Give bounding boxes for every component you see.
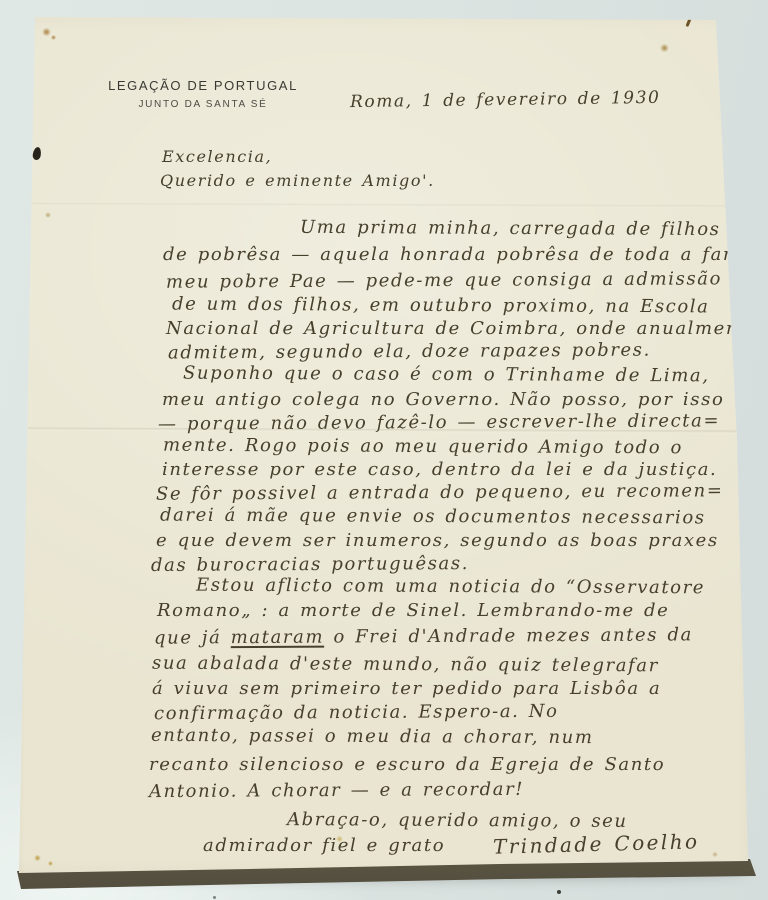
body-line-post: o Frei d'Andrade mezes antes da [324, 624, 693, 647]
body-line: mente. Rogo pois ao meu querido Amigo to… [163, 435, 683, 460]
foxing-spot [42, 28, 51, 36]
foxing-spot [712, 852, 718, 857]
fold-crease [28, 203, 740, 208]
body-line: Nacional de Agricultura de Coimbra, onde… [166, 318, 760, 340]
body-line: Estou aflicto com uma noticia do “Osserv… [196, 575, 705, 600]
body-line: Suponho que o caso é com o Trinhame de L… [183, 363, 710, 388]
body-line: e que devem ser inumeros, segundo as boa… [156, 530, 719, 552]
body-line-pre: que já [154, 627, 231, 648]
body-line: á viuva sem primeiro ter pedido para Lis… [152, 678, 661, 700]
salutation-line-2: Querido e eminente Amigo'. [160, 171, 435, 190]
foxing-spot [34, 855, 41, 861]
closing-line: Abraça-o, querido amigo, o seu [287, 809, 628, 833]
foxing-spot [660, 44, 669, 52]
body-line: confirmação da noticia. Espero-a. No [154, 701, 559, 725]
body-line: Romano„ : a morte de Sinel. Lembrando-me… [157, 600, 669, 622]
letterhead: LEGAÇÃO DE PORTUGAL JUNTO DA SANTA SÉ [90, 78, 316, 110]
body-line: — porque não devo fazê-lo — escrever-lhe… [158, 410, 720, 435]
body-line: Antonio. A chorar — e a recordar! [149, 779, 524, 803]
letterhead-line-2: JUNTO DA SANTA SÉ [90, 99, 316, 110]
signature-line: admirador fiel e gratoTrindade Coelho [203, 833, 700, 857]
closing-role: admirador fiel e grato [203, 835, 445, 856]
body-line: admitem, segundo ela, doze rapazes pobre… [168, 340, 651, 365]
salutation-line-1: Excelencia, [162, 147, 272, 166]
foxing-spot [51, 35, 56, 40]
background-speck [557, 890, 561, 894]
body-line: Se fôr possivel a entrada do pequeno, eu… [156, 480, 724, 505]
foxing-spot [48, 861, 53, 866]
body-line: interesse por este caso, dentro da lei e… [162, 459, 717, 481]
body-line: darei á mãe que envie os documentos nece… [160, 505, 706, 530]
body-line: meu pobre Pae — pede-me que consiga a ad… [166, 268, 722, 293]
letterhead-line-1: LEGAÇÃO DE PORTUGAL [90, 78, 316, 93]
foxing-spot [45, 212, 51, 218]
photo-background: LEGAÇÃO DE PORTUGAL JUNTO DA SANTA SÉ Ro… [0, 0, 768, 900]
body-line: Uma prima minha, carregada de filhos e [300, 217, 742, 241]
body-line: recanto silencioso e escuro da Egreja de… [149, 754, 665, 776]
pen-mark [685, 13, 693, 27]
dateline: Roma, 1 de fevereiro de 1930 [350, 88, 661, 112]
body-line: de um dos filhos, em outubro proximo, na… [172, 294, 710, 319]
body-line: de pobrêsa — aquela honrada pobrêsa de t… [163, 244, 768, 266]
background-speck [213, 896, 216, 899]
body-line: entanto, passei o meu dia a chorar, num [151, 725, 594, 749]
letter-paper: LEGAÇÃO DE PORTUGAL JUNTO DA SANTA SÉ Ro… [0, 0, 768, 900]
body-line-underlined: que já mataram o Frei d'Andrade mezes an… [154, 624, 693, 649]
underlined-word: mataram [231, 627, 325, 649]
signature: Trindade Coelho [493, 830, 700, 857]
ink-blot [32, 146, 42, 160]
body-line: sua abalada d'este mundo, não quiz teleg… [152, 653, 659, 678]
body-line: das burocracias portuguêsas. [151, 553, 469, 577]
body-line: meu antigo colega no Governo. Não posso,… [162, 389, 724, 411]
